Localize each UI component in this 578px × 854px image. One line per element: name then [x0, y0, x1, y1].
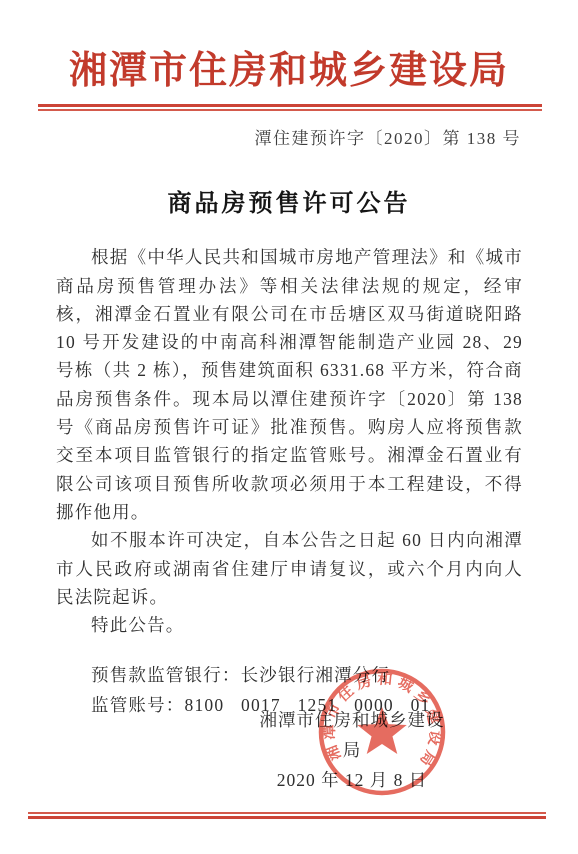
document-page: 湘潭市住房和城乡建设局 潭住建预许字〔2020〕第 138 号 商品房预售许可公…	[0, 0, 578, 854]
announcement-body: 根据《中华人民共和国城市房地产管理法》和《城市商品房预售管理办法》等相关法律法规…	[56, 243, 523, 639]
signature-agency: 湘潭市住房和城乡建设局	[258, 705, 446, 765]
signature-date: 2020 年 12 月 8 日	[258, 765, 446, 795]
supervision-bank-line: 预售款监管银行：长沙银行湘潭分行	[56, 660, 523, 690]
paragraph-legal-basis: 根据《中华人民共和国城市房地产管理法》和《城市商品房预售管理办法》等相关法律法规…	[56, 243, 523, 526]
paragraph-appeal-rights: 如不服本许可决定，自本公告之日起 60 日内向湘潭市人民政府或湖南省住建厅申请复…	[56, 526, 523, 611]
paragraph-closing: 特此公告。	[56, 611, 523, 639]
signature-block: 湘潭市住房和城乡建设局 2020 年 12 月 8 日	[258, 705, 446, 795]
announcement-title: 商品房预售许可公告	[0, 183, 578, 218]
header-divider	[38, 104, 542, 111]
doc-number: 潭住建预许字〔2020〕第 138 号	[0, 124, 521, 149]
letterhead-agency-title: 湘潭市住房和城乡建设局	[20, 46, 558, 97]
bottom-divider	[28, 812, 546, 819]
